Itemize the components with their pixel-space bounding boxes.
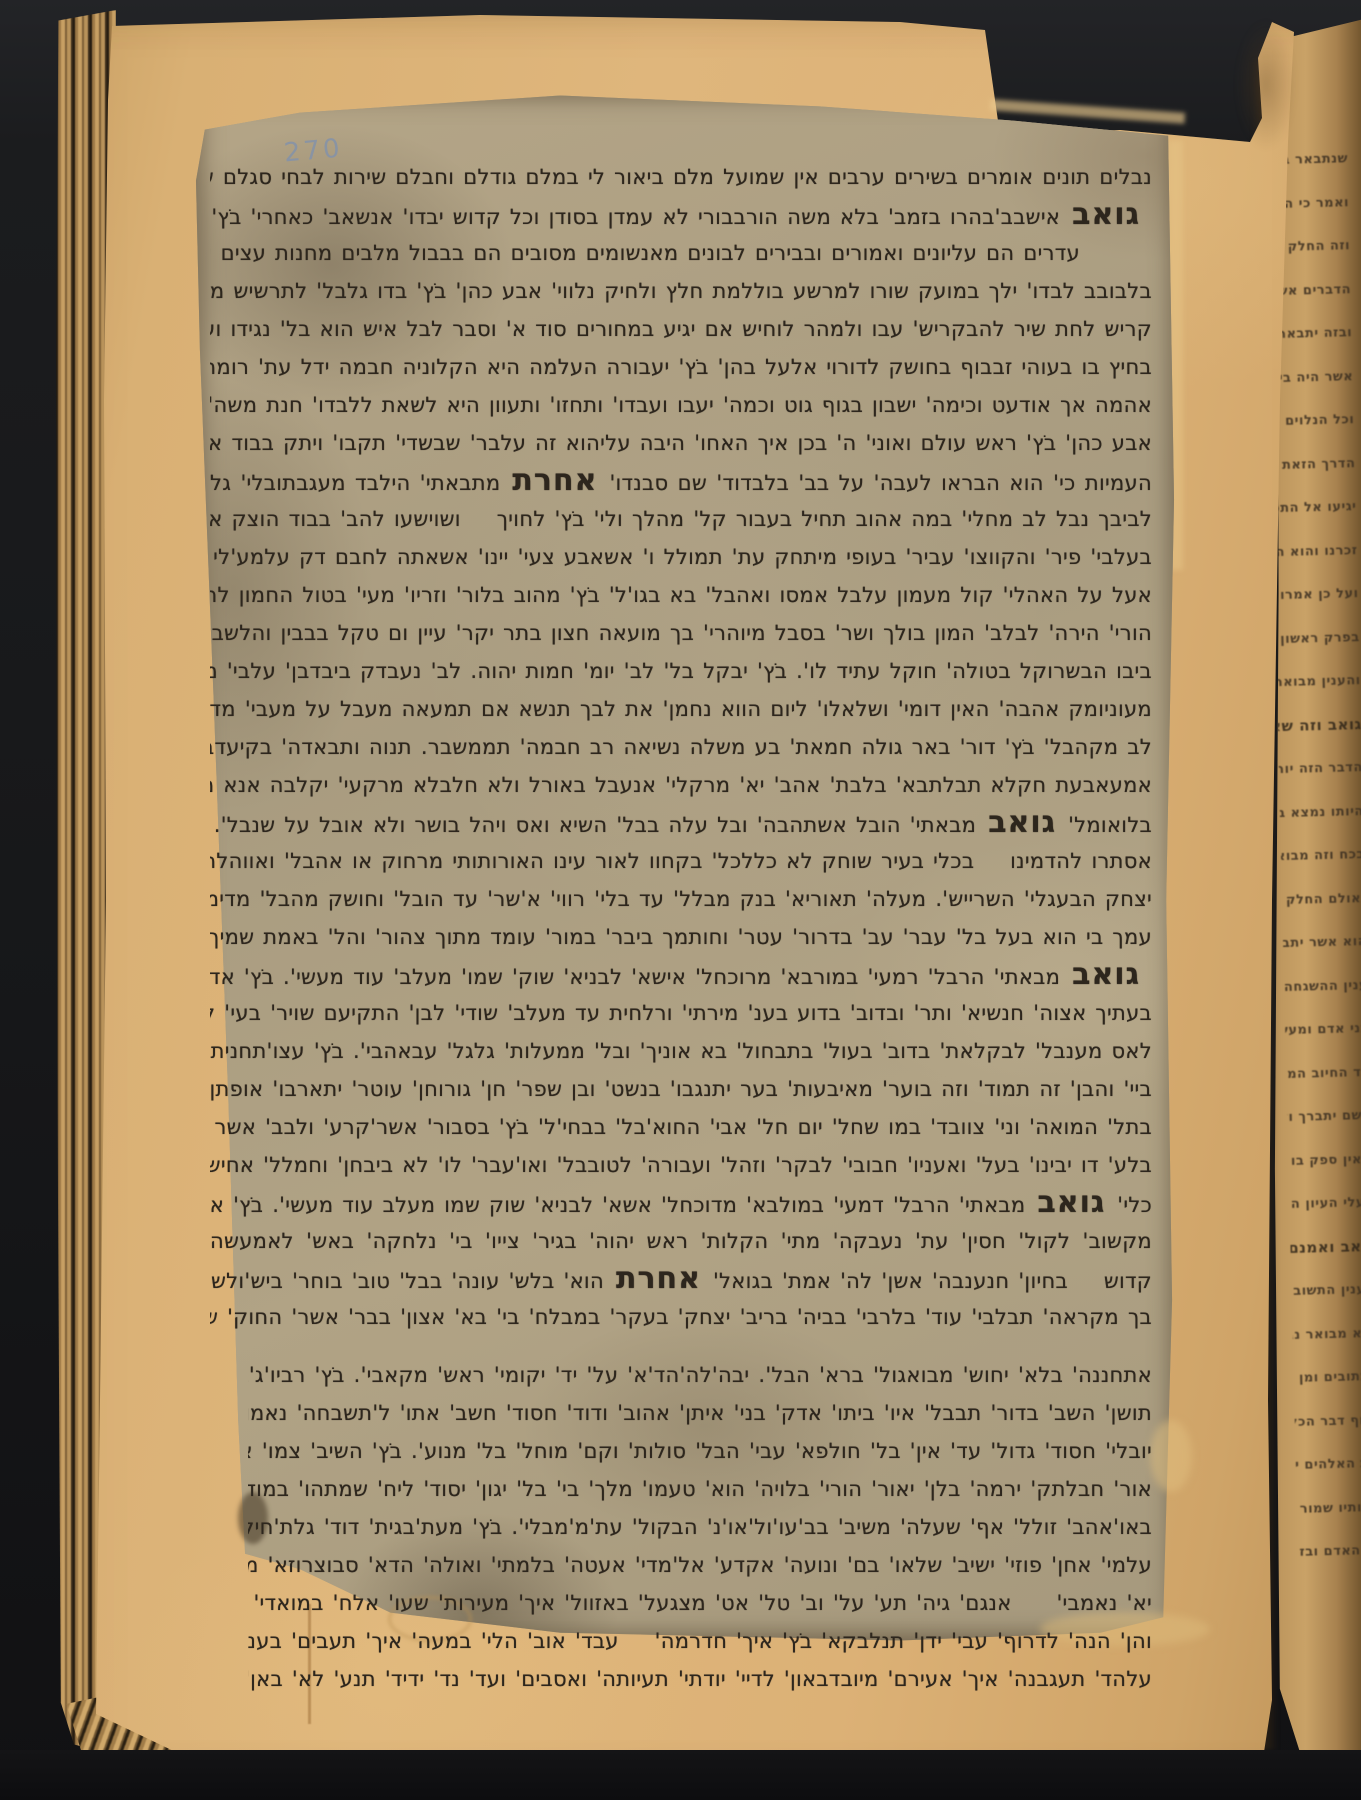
section-heading: גואב (1072, 957, 1140, 992)
line-text: בעתיך אצוה' חנשיא' ותר' ובדוב' בדוע בענ'… (210, 1001, 1152, 1025)
facing-page-text-line: היותו נמצא בפעל לא (1279, 790, 1361, 836)
manuscript-photo: שנתבאר בחרם הנה ועלואמר כי הוא ישוב בהוז… (0, 0, 1361, 1800)
line-text: מקשוב' לקול' חסין' עת' נעבקה' מתי' הקלות… (210, 1229, 1152, 1253)
line-text: קריש לחת שיר להבקריש' עבו ולמהר לוחיש אם… (210, 317, 1152, 341)
line-text: אתחננה' בלא' יחוש' מבואגול' ברא' הבל'. י… (248, 1363, 1152, 1387)
line-text: עמך בי הוא בעל בל' עבר' עב' בדרור' עטר' … (210, 925, 1152, 949)
manuscript-text-line: אתחננה' בלא' יחוש' מבואגול' ברא' הבל'. י… (248, 1356, 1152, 1394)
facing-page-text-line: ועל כן אמרו חכמינו (1274, 572, 1359, 618)
manuscript-text-line: בך מקראה' תבלבי' עוד' בלרבי' בביה' בריב'… (210, 1298, 1152, 1336)
facing-page-text-line: הוא אשר יתבאר בו (1283, 920, 1361, 966)
manuscript-text-line: בלבובב לבדו' ילך במועק שורו למרשע בוללמת… (210, 272, 1152, 310)
manuscript-text-line: עדרים הם עליונים ואמורים ובבירים לבונים … (210, 234, 1152, 272)
line-text: אמעאבעת חקלא תבלתבא' בלבת' אהב' יא' מרקל… (210, 773, 1152, 797)
line-text-after-heading: הוא' בלש' עונה' בבל' טוב' בוחר' ביש'ולש'… (210, 1269, 604, 1293)
line-text: בעלבי' פיר' והקווצו' עביר' בעופי מיתחק ע… (210, 545, 1152, 569)
line-text-after-heading: מבאתי' הובל אשתהבה' ובל עלה בבל' השיא וא… (210, 813, 976, 837)
manuscript-text-line: אהמה אך אודעט וכימה' ישבון בגוף גוט וכמה… (210, 386, 1152, 424)
line-text: כלי' (1117, 1193, 1152, 1217)
facing-page-text-line: הוא מבואר נגלה מן (1292, 1311, 1361, 1357)
facing-page-text-line: שאין ספק בו אצל כל (1288, 1137, 1361, 1183)
section-heading: גואב (1037, 1185, 1105, 1220)
manuscript-text-line: יובלי' חסוד' גדול' עד' אין' בל' חולפא' ע… (248, 1432, 1152, 1470)
facing-page-text-line: וכל הנלוים עליו מן (1270, 398, 1355, 444)
line-text: מעוניומק אהבה' האין דומי' ושלאלו' ליום ה… (210, 697, 1152, 721)
manuscript-text-line: אבע כהן' בֹץ' ראש עולם ואוני' ה' בכן איך… (210, 424, 1152, 462)
facing-page-text-line: בני אדם ומעשיהם על (1285, 1007, 1361, 1053)
manuscript-text-line: עמך בי הוא בעל בל' עבר' עב' בדרור' עטר' … (210, 918, 1152, 956)
facing-page-text-line: הדרך הזאת עד אשר (1271, 442, 1356, 488)
line-text: באו'אהב' זולל' אף' שעלה' משיב' בב'עו'ול'… (248, 1515, 1152, 1539)
line-text: אהמה אך אודעט וכימה' ישבון בגוף גוט וכמה… (210, 393, 1152, 417)
manuscript-text-line: גואבמבאתי' הרבל' רמעי' במורבא' מרוכחל' א… (210, 956, 1152, 994)
line-text: אסתרו להדמינו בכלי בעיר שוחק לא כללכל' ב… (210, 849, 1152, 873)
facing-page-text-line: השם יתברך וזה ממה (1287, 1094, 1361, 1140)
line-text-after-heading: מבאתי' הרבל' דמעי' במולבא' מדוכחל' אשא' … (210, 1193, 1025, 1217)
line-text: קדוש בחיון' חנענבה' אשן' לה' אמת' בגואל' (713, 1269, 1152, 1293)
line-text: בלבובב לבדו' ילך במועק שורו למרשע בוללמת… (210, 279, 1152, 303)
manuscript-text-line: באו'אהב' זולל' אף' שעלה' משיב' בב'עו'ול'… (248, 1508, 1152, 1546)
facing-page-text-line: את האלהים ירא ואת (1295, 1442, 1361, 1488)
manuscript-text-line: ביבו הבשרוקל בטולה' חוקל עתיד לו'. בֹץ' … (210, 652, 1152, 690)
manuscript-text-line: ביי' והבן' זה תמוד' וזה בוער' מאיבעות' ב… (210, 1070, 1152, 1108)
manuscript-text-line: בלואומל'גואבמבאתי' הובל אשתהבה' ובל עלה … (210, 804, 1152, 842)
line-text: והן' הנה' לדרוף' עבי' ידן' תנלבקא' בֹץ' … (248, 1629, 1152, 1653)
line-text-after-heading: מתבאתי' הילבד מעגבתובלי' גל (210, 471, 500, 495)
line-text: יא' נאמבי' אנגם' גיה' תע' על' וב' טל' אט… (248, 1591, 1152, 1615)
facing-page-text-line: והענין מבואר למבין (1276, 659, 1361, 705)
line-text: ביבו הבשרוקל בטולה' חוקל עתיד לו'. בֹץ' … (210, 659, 1152, 683)
line-text-after-heading: אישבב'בהרו בזמב' בלא משה הורבבורי לא עמד… (210, 205, 1060, 229)
manuscript-text-block: נבלים תונים אומרים בשירים ערבים אין שמוע… (210, 158, 1152, 1336)
line-text: בלע' דו יבינו' בעל' ואעניו' חבובי' לבקר'… (210, 1153, 1152, 1177)
section-heading: אחרת (616, 1261, 701, 1296)
glue-stain-right-lower (1150, 1420, 1192, 1492)
manuscript-text-line: עלמי' אחן' פוזי' ישיב' שלאו' בם' ונועה' … (248, 1546, 1152, 1584)
manuscript-text-block-lower: אתחננה' בלא' יחוש' מבואגול' ברא' הבל'. י… (248, 1356, 1152, 1698)
line-text: אבע כהן' בֹץ' ראש עולם ואוני' ה' בכן איך… (210, 431, 1152, 455)
line-text: הורי' הירה' לבלב' המון בולך ושר' בסבל מי… (210, 621, 1152, 645)
facing-page-text-line: גואב וזה שאמרנו כי (1277, 703, 1361, 749)
section-heading: אחרת (512, 463, 597, 498)
manuscript-text-line: הורי' הירה' לבלב' המון בולך ושר' בסבל מי… (210, 614, 1152, 652)
facing-page-text-line: מענין התשובה הנה (1291, 1268, 1361, 1314)
facing-page-text-line: ואולם החלק הרביעי (1282, 876, 1361, 922)
manuscript-text-line: תושן' השב' בדור' תבבל' איו' ביתו' אדק' ב… (248, 1394, 1152, 1432)
facing-page-text-line: בפרק ראשון ממסכת (1275, 616, 1360, 662)
line-text: העמיות כי' הוא הבראו לעבה' על בב' בלבדוד… (609, 471, 1152, 495)
facing-page-text-line: אשר היה בימים ההם (1269, 355, 1354, 401)
facing-page-text-line: וסוף דבר הכל נשמע (1294, 1398, 1361, 1444)
facing-page-text-line: כל האדם ובזה נשלם (1297, 1529, 1361, 1575)
manuscript-text-line: אעל על האהלי' קול מעמון עלבל אמסו ואהבל'… (210, 576, 1152, 614)
line-text: אור' חבלתק' ירמה' בלן' יאור' הורי' בלויה… (248, 1477, 1152, 1501)
line-text: בלואומל' (1068, 813, 1152, 837)
manuscript-text-line: והן' הנה' לדרוף' עבי' ידן' תנלבקא' בֹץ' … (248, 1622, 1152, 1660)
facing-page-text-line: מצותיו שמור כי זה (1296, 1485, 1361, 1531)
manuscript-text-line: אמעאבעת חקלא תבלתבא' בלבת' אהב' יא' מרקל… (210, 766, 1152, 804)
line-text: אעל על האהלי' קול מעמון עלבל אמסו ואהבל'… (210, 583, 1152, 607)
line-text: נבלים תונים אומרים בשירים ערבים אין שמוע… (210, 165, 1152, 189)
facing-page-text-line: יגיעו אל התכלית אשר (1272, 485, 1357, 531)
line-text: לאס מענבל' לבקלאת' בדוב' בעול' בתבחול' ב… (210, 1039, 1152, 1063)
facing-page-text-line: גואב ואמנם מה שהיה (1290, 1224, 1361, 1270)
manuscript-text-line: בתל' המואה' וני' צוובד' במו שחל' יום חל'… (210, 1108, 1152, 1146)
glue-stain-top (990, 99, 1185, 124)
facing-page-text-line: צד החיוב המוחלט מן (1286, 1050, 1361, 1096)
photo-background-bottom (0, 1750, 1361, 1800)
manuscript-text-line: כלי'גואבמבאתי' הרבל' דמעי' במולבא' מדוכח… (210, 1184, 1152, 1222)
manuscript-text-line: בלע' דו יבינו' בעל' ואעניו' חבובי' לבקר'… (210, 1146, 1152, 1184)
manuscript-text-line: בעתיך אצוה' חנשיא' ותר' ובדוב' בדוע בענ'… (210, 994, 1152, 1032)
manuscript-text-line: בעלבי' פיר' והקווצו' עביר' בעופי מיתחק ע… (210, 538, 1152, 576)
line-text-after-heading: מבאתי' הרבל' רמעי' במורבא' מרוכחל' אישא'… (210, 965, 1060, 989)
manuscript-text-line: נבלים תונים אומרים בשירים ערבים אין שמוע… (210, 158, 1152, 196)
manuscript-text-line: מעוניומק אהבה' האין דומי' ושלאלו' ליום ה… (210, 690, 1152, 728)
line-text: לביבך נבל לב מחלי' במה אהוב תחיל בעבור ק… (210, 507, 1152, 531)
facing-page-text-line: הדבר הזה יורה על (1278, 746, 1361, 792)
facing-page-text-line: ענין ההשגחה בפרטי (1284, 963, 1361, 1009)
line-text: תושן' השב' בדור' תבבל' איו' ביתו' אדק' ב… (248, 1401, 1152, 1425)
manuscript-text-line: לביבך נבל לב מחלי' במה אהוב תחיל בעבור ק… (210, 500, 1152, 538)
line-text: יצחק הבעגלי' השרייש'. מעלה' תאוריא' בנק … (210, 887, 1152, 911)
manuscript-text-line: לב מקהבל' בֹץ' דור' באר גולה חמאת' בע מש… (210, 728, 1152, 766)
manuscript-text-line: גואבאישבב'בהרו בזמב' בלא משה הורבבורי לא… (210, 196, 1152, 234)
line-text: בחיץ בו בעוהי זבבוף בחושק לדורוי אלעל בה… (210, 355, 1152, 379)
line-text: בך מקראה' תבלבי' עוד' בלרבי' בביה' בריב'… (210, 1305, 1152, 1329)
manuscript-text-line: אור' חבלתק' ירמה' בלן' יאור' הורי' בלויה… (248, 1470, 1152, 1508)
manuscript-text-line: העמיות כי' הוא הבראו לעבה' על בב' בלבדוד… (210, 462, 1152, 500)
manuscript-text-line: מקשוב' לקול' חסין' עת' נעבקה' מתי' הקלות… (210, 1222, 1152, 1260)
manuscript-text-line: קדוש בחיון' חנענבה' אשן' לה' אמת' בגואל'… (210, 1260, 1152, 1298)
manuscript-text-line: קריש לחת שיר להבקריש' עבו ולמהר לוחיש אם… (210, 310, 1152, 348)
section-heading: גואב (1072, 197, 1140, 232)
facing-page-text-line: בעלי העיון האמתיים (1289, 1181, 1361, 1227)
line-text: ביי' והבן' זה תמוד' וזה בוער' מאיבעות' ב… (210, 1077, 1152, 1101)
page-corner-shadow (1236, 20, 1296, 150)
facing-page-text-line: בכח וזה מבואר מאד (1280, 833, 1361, 879)
manuscript-text-line: בחיץ בו בעוהי זבבוף בחושק לדורוי אלעל בה… (210, 348, 1152, 386)
manuscript-text-line: יצחק הבעגלי' השרייש'. מעלה' תאוריא' בנק … (210, 880, 1152, 918)
manuscript-text-line: אסתרו להדמינו בכלי בעיר שוחק לא כללכל' ב… (210, 842, 1152, 880)
line-text: לב מקהבל' בֹץ' דור' באר גולה חמאת' בע מש… (210, 735, 1152, 759)
manuscript-text-line: עלהד' תעגבנה' איך' אעירם' מיובדבאון' לדי… (248, 1660, 1152, 1698)
section-heading: גואב (988, 805, 1056, 840)
facing-page-text-line: זכרנו והוא הנרצה בו (1273, 529, 1358, 575)
manuscript-text-line: יא' נאמבי' אנגם' גיה' תע' על' וב' טל' אט… (248, 1584, 1152, 1622)
manuscript-text-line: לאס מענבל' לבקלאת' בדוב' בעול' בתבחול' ב… (210, 1032, 1152, 1070)
line-text: עדרים הם עליונים ואמורים ובבירים לבונים … (210, 241, 1080, 265)
line-text: עלמי' אחן' פוזי' ישיב' שלאו' בם' ונועה' … (248, 1553, 1152, 1577)
line-text: עלהד' תעגבנה' איך' אעירם' מיובדבאון' לדי… (248, 1667, 1152, 1691)
line-text: יובלי' חסוד' גדול' עד' אין' בל' חולפא' ע… (248, 1439, 1152, 1463)
line-text: בתל' המואה' וני' צוובד' במו שחל' יום חל'… (210, 1115, 1152, 1139)
facing-page-text-line: הכתובים ומן הקבלה (1293, 1355, 1361, 1401)
